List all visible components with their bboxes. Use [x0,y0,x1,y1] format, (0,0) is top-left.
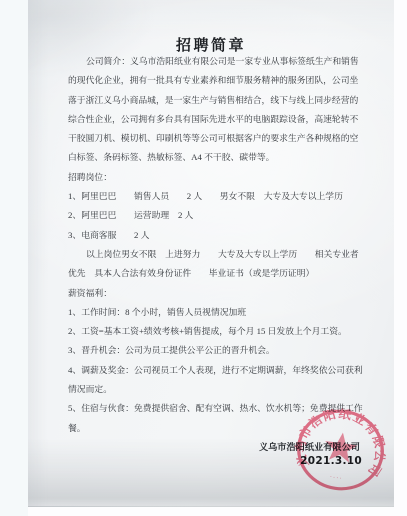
intro-line: 公司简介：义乌市浩阳纸业有限公司是一家专业从事标签纸生产和销售 [68,52,360,71]
position-line: 1、阿里巴巴 销售人员 2 人 男女不限 大专及大专以上学历 [68,187,360,206]
salary-line: 4、调薪及奖金：公司视员工个人表现，进行不定期调薪，年终奖依公司获利 [68,361,360,380]
document-body: 公司简介：义乌市浩阳纸业有限公司是一家专业从事标签纸生产和销售 的现代化企业，拥… [68,52,360,457]
intro-line: 干胶圆刀机、模切机、印刷机等等公司可根据客户的要求生产各种规格的空 [68,129,360,148]
intro-line: 落于浙江义乌小商品城，是一家生产与销售相结合，线下与线上同步经营的 [68,91,360,110]
requirement-line: 优先 具本人合法有效身份证件 毕业证书（或是学历证明） [68,264,360,283]
company-seal: 义乌市浩阳纸业有限公司 ···· [288,401,392,499]
salary-heading: 薪资福利： [68,284,360,303]
seal-bottom-marks: ···· [329,474,344,481]
scan-background-strip [0,0,28,516]
position-line: 2、阿里巴巴 运营助理 2 人 [68,206,360,225]
position-line: 3、电商客服 2 人 [68,226,360,245]
requirement-line: 以上岗位男女不限 上进努力 大专及大专以上学历 相关专业者 [68,245,360,264]
salary-line: 2、工资=基本工资+绩效考核+销售提成，每个月 15 日发放上个月工资。 [68,322,360,341]
seal-star-icon [324,432,358,462]
intro-line: 的现代化企业，拥有一批具有专业素养和细节服务精神的服务团队，公司坐 [68,71,360,90]
salary-line: 3、晋升机会：公司为员工提供公平公正的晋升机会。 [68,341,360,360]
salary-line: 情况而定。 [68,380,360,399]
intro-line: 综合性企业，公司拥有多台具有国际先进水平的电脑跟踪设备，高速轮转不 [68,110,360,129]
positions-heading: 招聘岗位： [68,168,360,187]
intro-line: 白标签、条码标签、热敏标签、A4 不干胶、碳带等。 [68,148,360,167]
salary-line: 1、工作时间：8 个小时，销售人员视情况加班 [68,303,360,322]
